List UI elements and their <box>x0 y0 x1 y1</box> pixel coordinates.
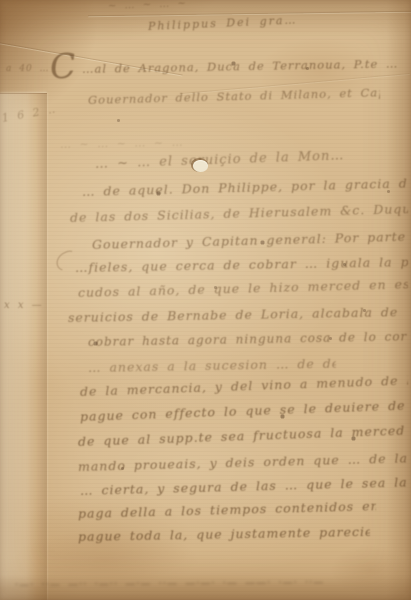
ink-specks <box>0 0 1 1</box>
top-edge-fragment: ~ … ~ … ~ <box>108 0 273 13</box>
address-line: Gouernador dello Stato di Milano, et Cap… <box>88 86 380 107</box>
body-line: …fieles, que cerca de cobrar … iguala la… <box>75 254 408 275</box>
body-line: de que al supp.te sea fructuosa la merce… <box>78 422 408 449</box>
initial-letter: C <box>48 46 78 89</box>
margin-note: a 40 … <box>6 64 50 75</box>
body-line: cudos al año, de que le hizo merced en e… <box>78 276 408 300</box>
body-line: … cierta, y segura de las … que le sea l… <box>80 474 408 498</box>
left-repair-strip <box>0 93 47 600</box>
docket-heading: Philippus Dei gra… <box>148 13 306 33</box>
body-line: de la mercancia, y del vino a menudo de … <box>80 373 408 399</box>
body-line: de las dos Sicilias, de Hierusalem &c. D… <box>70 201 408 225</box>
manuscript-parchment-page: ~ … ~ … ~ Philippus Dei gra… C …al de Ar… <box>0 0 411 600</box>
body-line: cobrar hasta agora ninguna cosa de lo co… <box>88 329 408 349</box>
address-line: …al de Aragona, Duca de Terranoua, P.te … <box>82 57 406 76</box>
body-line: Gouernador y Capitan general: Por parte … <box>92 229 407 252</box>
body-line: pague con effecto lo que se le deuiere d… <box>80 398 408 424</box>
body-line: … anexas a la sucesion … de demandar que… <box>88 356 336 375</box>
body-line: pague toda la, que justamente pareciere … <box>78 524 370 544</box>
parchment-hole <box>193 160 208 172</box>
body-line: … ~ … el seruiçio de la Mon… <box>95 146 405 172</box>
margin-note: x x — <box>4 300 62 312</box>
body-line: paga della a los tiempos contenidos en s… <box>78 498 376 521</box>
body-line: … de aquel. Don Philippe, por la gracia … <box>82 175 407 199</box>
body-line: seruicios de Bernabe de Loria, alcabala … <box>68 304 400 325</box>
body-line: mando proueais, y deis orden que … de la… <box>78 450 408 474</box>
